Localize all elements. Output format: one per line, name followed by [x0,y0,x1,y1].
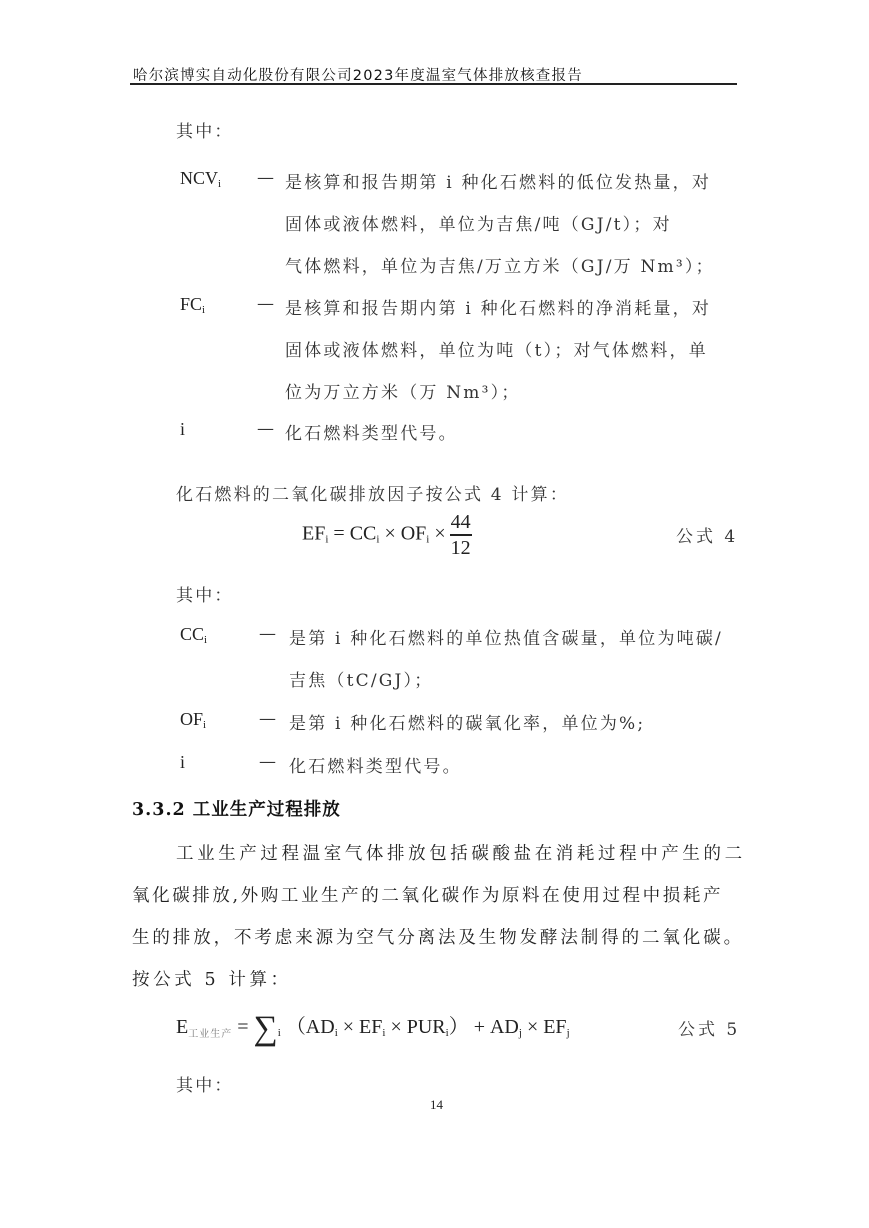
ncv-definition-line-2: 固体或液体燃料，单位为吉焦/吨（GJ/t）；对 [285,210,672,235]
formula-5: E工业生产 = ∑i （ADi × EFi × PURi） + ADj × EF… [176,1010,570,1048]
report-header-title: 哈尔滨博实自动化股份有限公司2023年度温室气体排放核查报告 [133,64,583,85]
formula4-label: 公式 4 [676,522,738,547]
formula-4: EFi = CCi × OFi ×4412 [302,512,472,558]
header-rule [130,83,737,85]
paragraph-line-2: 氧化碳排放,外购工业生产的二氧化碳作为原料在使用过程中损耗产 [132,882,723,907]
paragraph-line-4: 按公式 5 计算： [132,966,292,991]
cc-definition-line-1: 是第 i 种化石燃料的单位热值含碳量，单位为吨碳/ [289,624,723,649]
page-number: 14 [430,1097,443,1113]
i-definition-line-2: 化石燃料类型代号。 [289,752,462,777]
formula5-label: 公式 5 [678,1015,740,1040]
paragraph-line-1: 工业生产过程温室气体排放包括碳酸盐在消耗过程中产生的二 [176,840,746,865]
ncv-definition-line-1: 是核算和报告期第 i 种化石燃料的低位发热量，对 [285,168,711,193]
symbol-i: i [180,752,185,773]
dash: — [257,168,274,188]
symbol-i: i [180,419,185,440]
fraction-44-12: 4412 [450,512,472,558]
ncv-definition-line-3: 气体燃料，单位为吉焦/万立方米（GJ/万 Nm³）； [285,252,715,277]
symbol-fc: FCi [180,294,205,316]
symbol-of: OFi [180,709,206,731]
where-label-2: 其中： [176,581,234,606]
fc-definition-line-3: 位为万立方米（万 Nm³）； [285,378,521,403]
symbol-ncv: NCVi [180,168,221,190]
fc-definition-line-2: 固体或液体燃料，单位为吨（t）；对气体燃料，单 [285,336,708,361]
where-label-3: 其中： [176,1071,234,1096]
of-definition-line-1: 是第 i 种化石燃料的碳氧化率，单位为%; [289,709,645,734]
cc-definition-line-2: 吉焦（tC/GJ）； [289,666,433,691]
paragraph-line-3: 生的排放，不考虑来源为空气分离法及生物发酵法制得的二氧化碳。 [132,924,744,949]
dash: — [259,709,276,729]
section-heading-3-3-2: 3.3.2 工业生产过程排放 [132,796,341,821]
fc-definition-line-1: 是核算和报告期内第 i 种化石燃料的净消耗量，对 [285,294,711,319]
i-definition-line-1: 化石燃料类型代号。 [285,419,458,444]
dash: — [259,624,276,644]
dash: — [259,752,276,772]
where-label-1: 其中： [176,117,234,142]
dash: — [257,294,274,314]
symbol-cc: CCi [180,624,207,646]
formula4-intro: 化石燃料的二氧化碳排放因子按公式 4 计算： [176,480,569,505]
dash: — [257,419,274,439]
